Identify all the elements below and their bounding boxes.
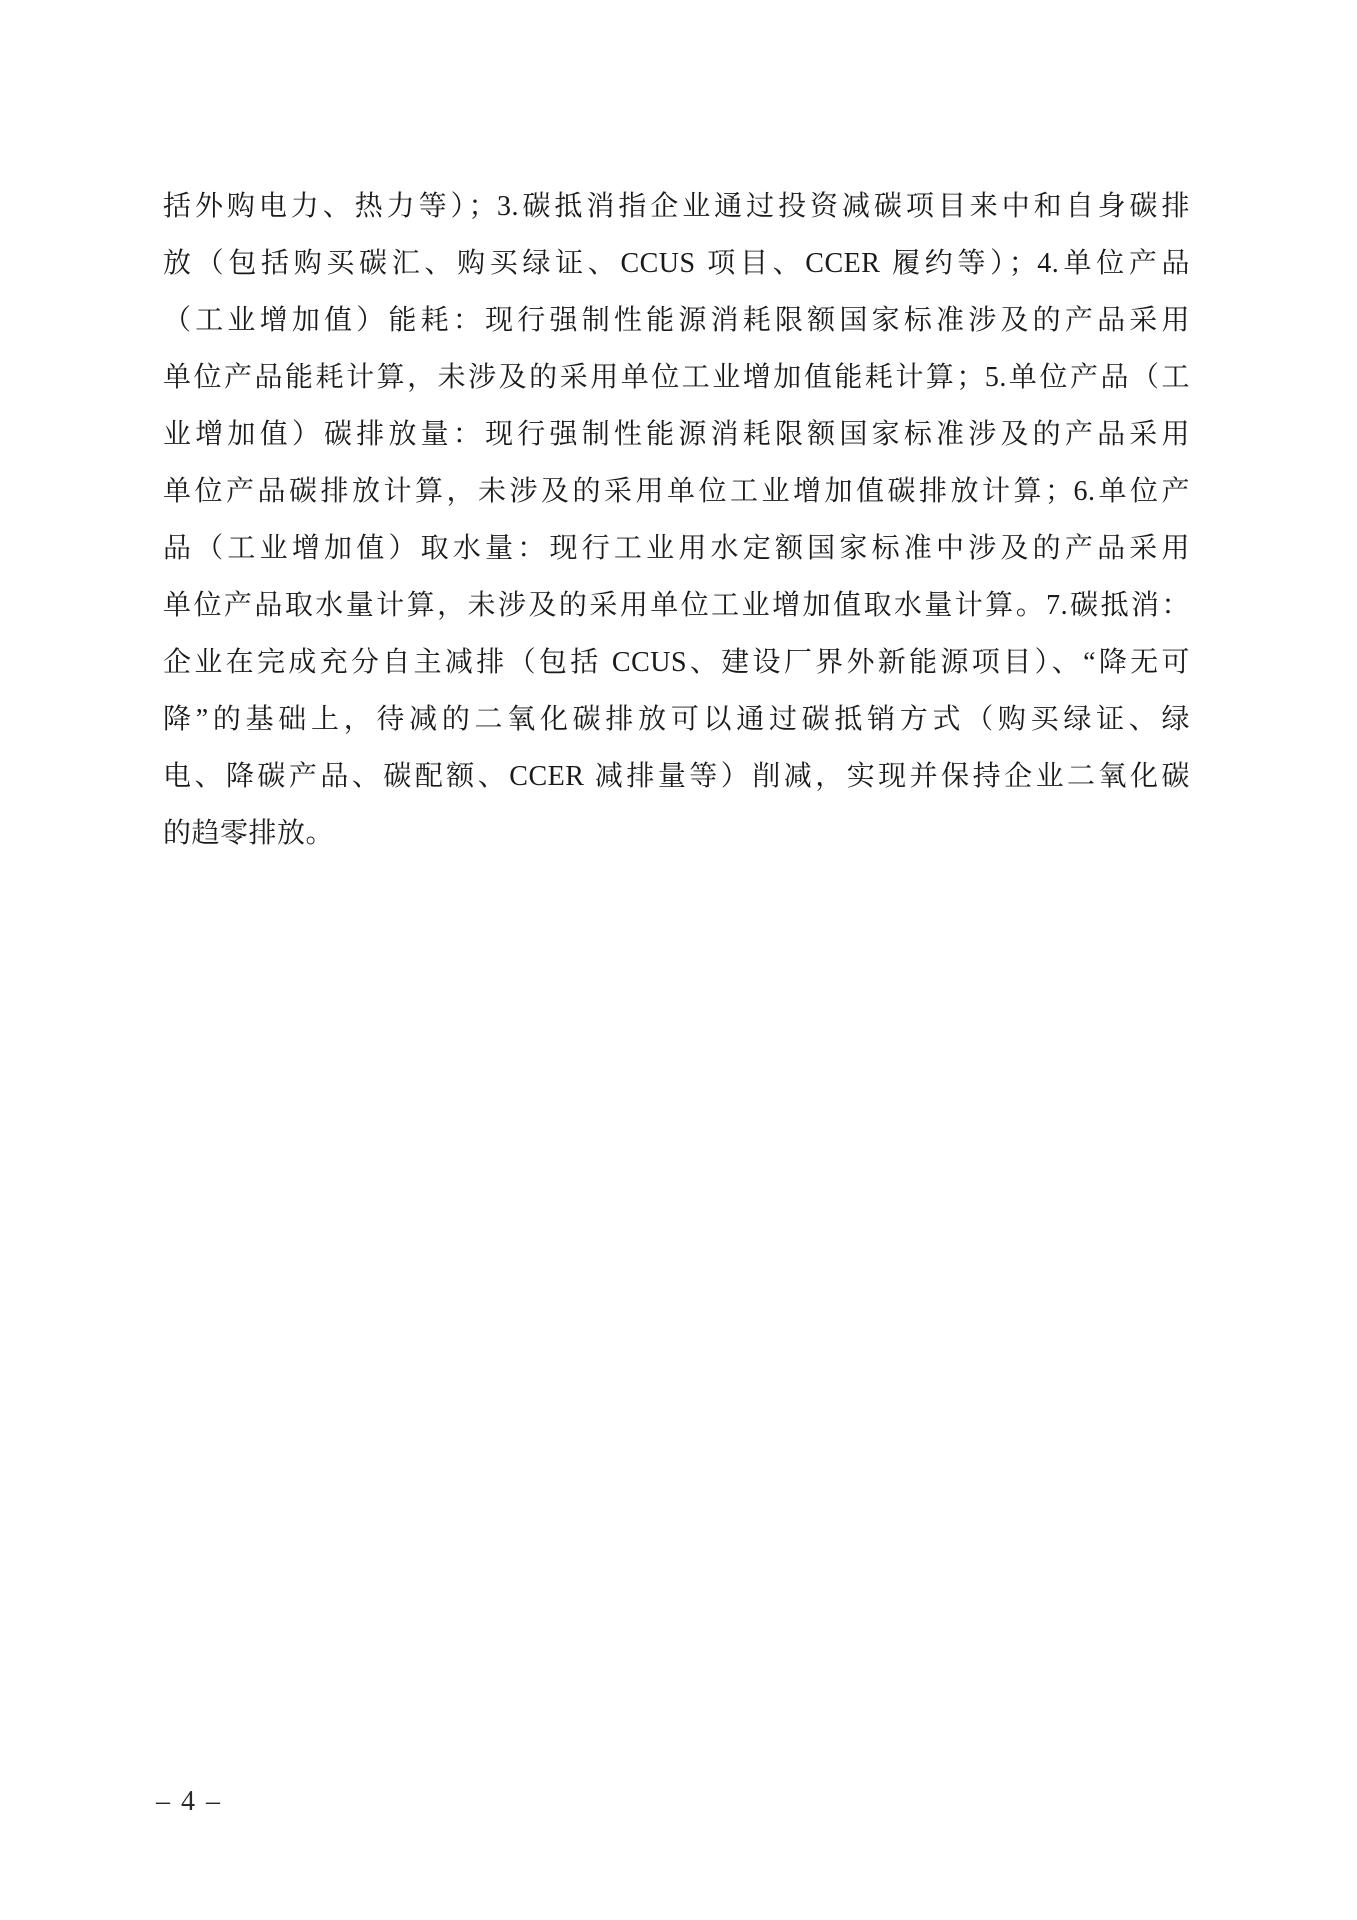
text-line: 括外购电力、热力等）；3.碳抵消指企业通过投资减碳项目来中和自身碳排	[163, 178, 1190, 235]
text-line: （工业增加值）能耗：现行强制性能源消耗限额国家标准涉及的产品采用	[163, 292, 1190, 349]
page-number: – 4 –	[156, 1786, 222, 1818]
text-line: 品（工业增加值）取水量：现行工业用水定额国家标准中涉及的产品采用	[163, 520, 1190, 577]
text-line: 降”的基础上，待减的二氧化碳排放可以通过碳抵销方式（购买绿证、绿	[163, 691, 1190, 748]
text-line: 单位产品能耗计算，未涉及的采用单位工业增加值能耗计算；5.单位产品（工	[163, 349, 1190, 406]
document-page: 括外购电力、热力等）；3.碳抵消指企业通过投资减碳项目来中和自身碳排 放（包括购…	[0, 0, 1357, 1920]
body-text: 括外购电力、热力等）；3.碳抵消指企业通过投资减碳项目来中和自身碳排 放（包括购…	[163, 178, 1190, 862]
text-line: 企业在完成充分自主减排（包括 CCUS、建设厂界外新能源项目）、“降无可	[163, 634, 1190, 691]
text-line: 单位产品取水量计算，未涉及的采用单位工业增加值取水量计算。7.碳抵消：	[163, 577, 1190, 634]
text-line: 的趋零排放。	[163, 805, 1190, 862]
text-line: 单位产品碳排放计算，未涉及的采用单位工业增加值碳排放计算；6.单位产	[163, 463, 1190, 520]
text-line: 电、降碳产品、碳配额、CCER 减排量等）削减，实现并保持企业二氧化碳	[163, 748, 1190, 805]
text-line: 放（包括购买碳汇、购买绿证、CCUS 项目、CCER 履约等）；4.单位产品	[163, 235, 1190, 292]
text-line: 业增加值）碳排放量：现行强制性能源消耗限额国家标准涉及的产品采用	[163, 406, 1190, 463]
